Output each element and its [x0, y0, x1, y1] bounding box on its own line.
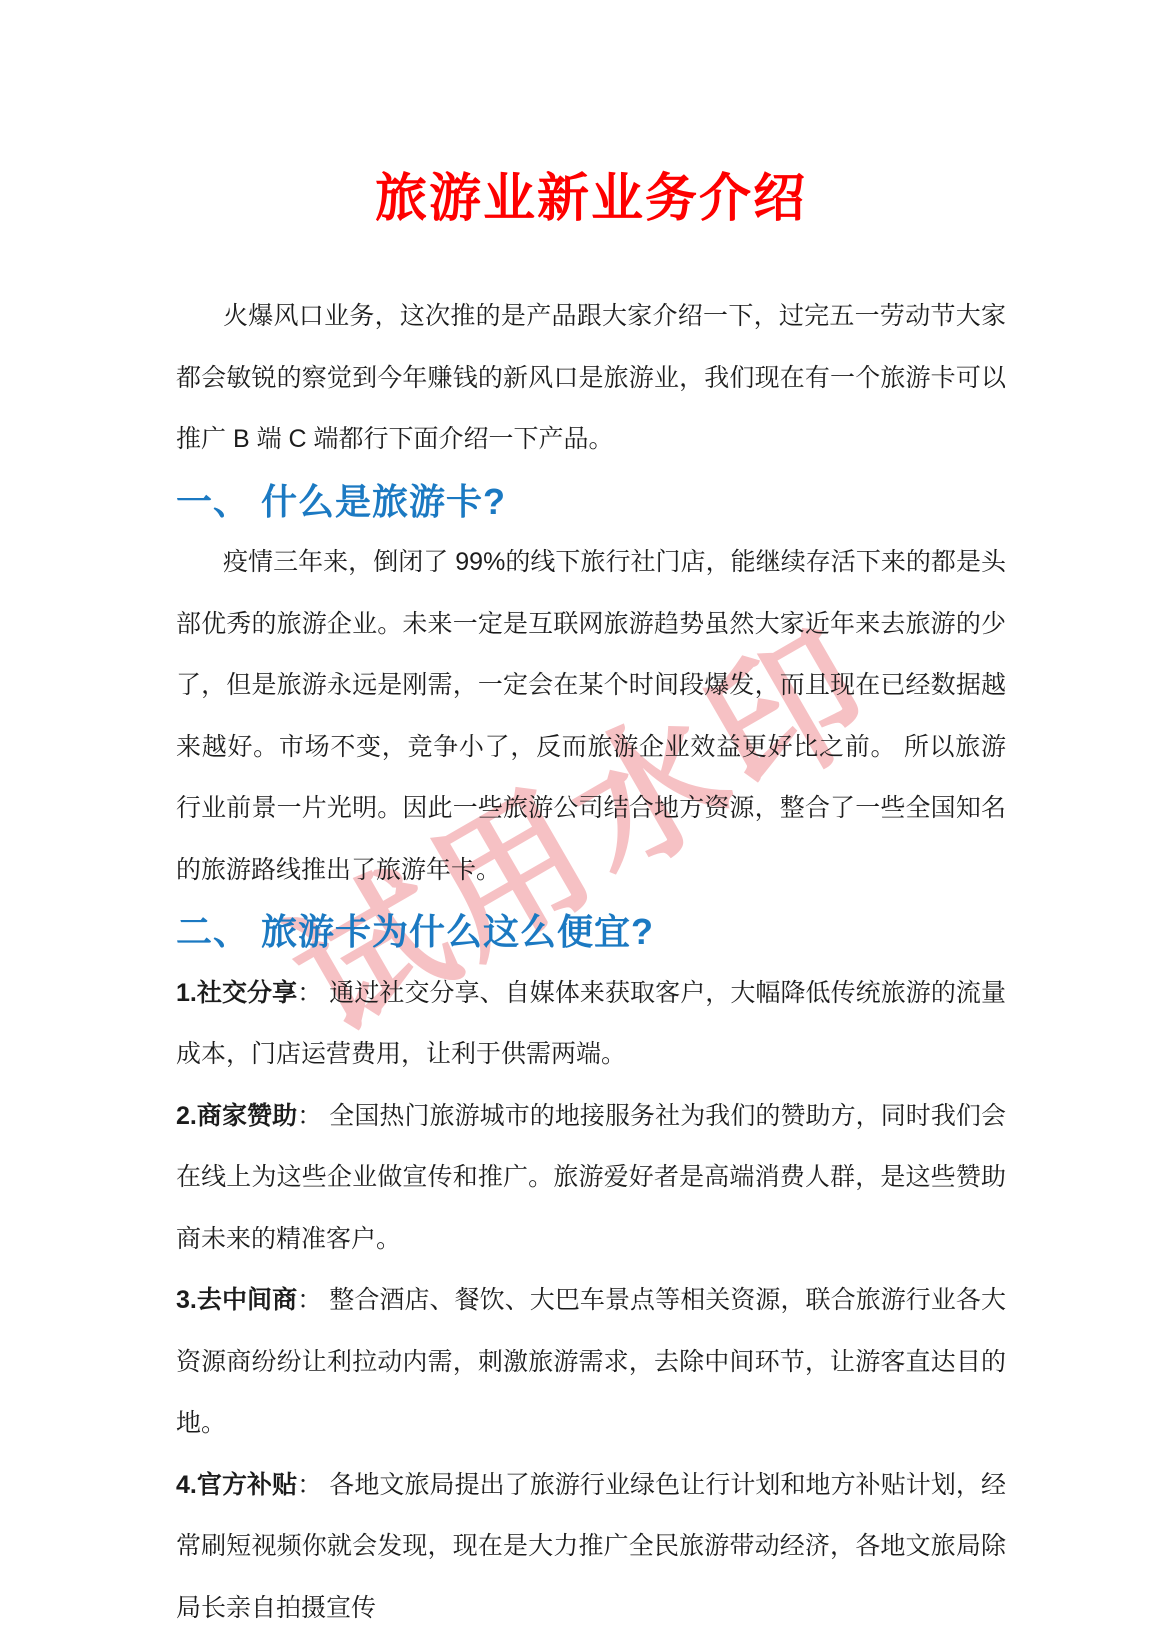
- section1-paragraph: 疫情三年来，倒闭了 99%的线下旅行社门店，能继续存活下来的都是头部优秀的旅游企…: [176, 532, 1006, 901]
- document-title: 旅游业新业务介绍: [176, 163, 1006, 235]
- list-item-label: 2.商家赞助: [176, 1102, 297, 1130]
- list-item-text: ： 整合酒店、餐饮、大巴车景点等相关资源，联合旅游行业各大资源商纷纷让利拉动内需…: [176, 1286, 1006, 1437]
- section-heading-why-so-cheap: 二、 旅游卡为什么这么便宜?: [176, 901, 1006, 963]
- list-item-label: 1.社交分享: [176, 979, 297, 1007]
- list-item-label: 4.官方补贴: [176, 1471, 297, 1499]
- list-item-text: ： 全国热门旅游城市的地接服务社为我们的赞助方，同时我们会在线上为这些企业做宣传…: [176, 1102, 1006, 1253]
- list-item-text: ： 各地文旅局提出了旅游行业绿色让行计划和地方补贴计划，经常刷短视频你就会发现，…: [176, 1471, 1006, 1622]
- list-item-social-sharing: 1.社交分享： 通过社交分享、自媒体来获取客户，大幅降低传统旅游的流量成本，门店…: [176, 963, 1006, 1086]
- list-item-official-subsidy: 4.官方补贴： 各地文旅局提出了旅游行业绿色让行计划和地方补贴计划，经常刷短视频…: [176, 1455, 1006, 1638]
- document-body: 火爆风口业务，这次推的是产品跟大家介绍一下，过完五一劳动节大家都会敏锐的察觉到今…: [176, 286, 1006, 1638]
- list-item-label: 3.去中间商: [176, 1286, 297, 1314]
- list-item-text: ： 通过社交分享、自媒体来获取客户，大幅降低传统旅游的流量成本，门店运营费用，让…: [176, 979, 1006, 1069]
- document-page: 试用水印 旅游业新业务介绍 火爆风口业务，这次推的是产品跟大家介绍一下，过完五一…: [0, 0, 1176, 1638]
- intro-paragraph: 火爆风口业务，这次推的是产品跟大家介绍一下，过完五一劳动节大家都会敏锐的察觉到今…: [176, 286, 1006, 471]
- list-item-remove-middleman: 3.去中间商： 整合酒店、餐饮、大巴车景点等相关资源，联合旅游行业各大资源商纷纷…: [176, 1270, 1006, 1455]
- list-item-merchant-sponsor: 2.商家赞助： 全国热门旅游城市的地接服务社为我们的赞助方，同时我们会在线上为这…: [176, 1086, 1006, 1271]
- section-heading-what-is-travel-card: 一、 什么是旅游卡?: [176, 471, 1006, 533]
